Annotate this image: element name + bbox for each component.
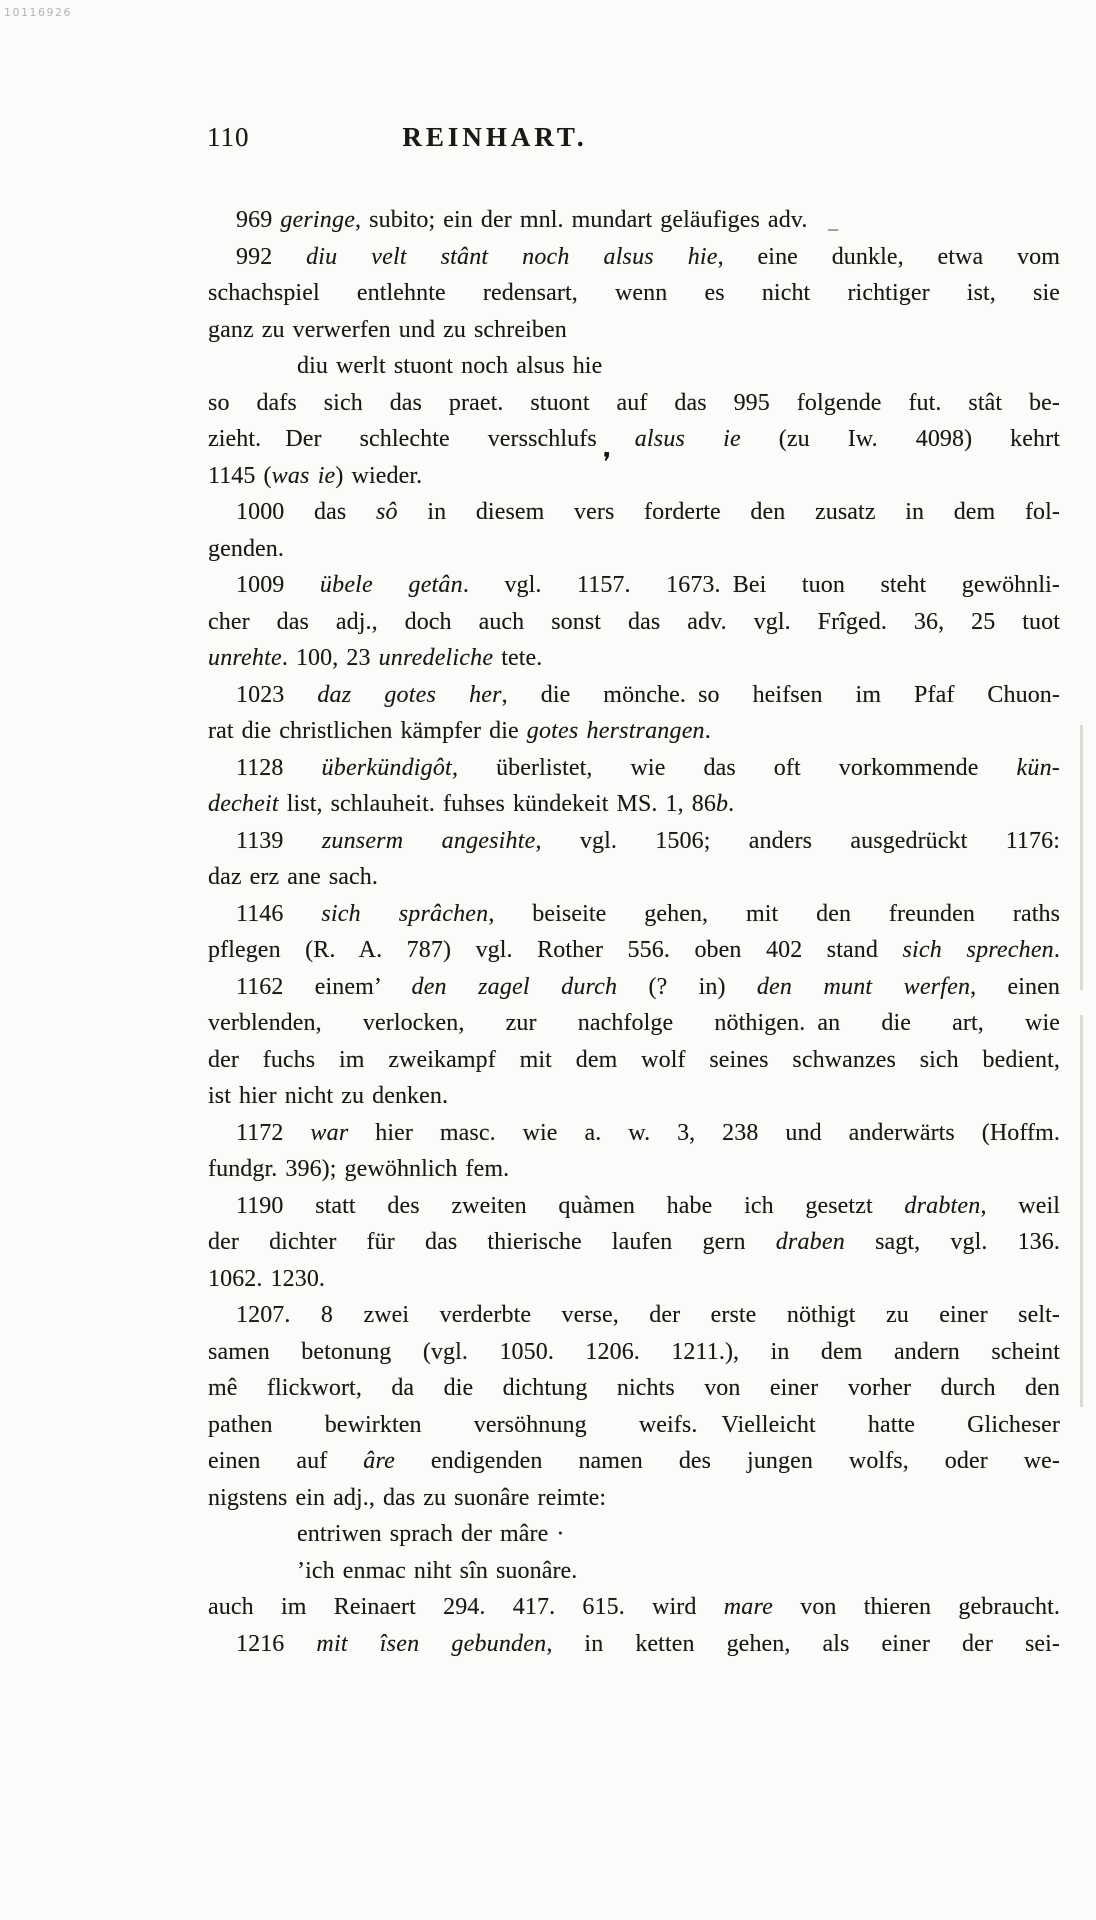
text-segment: .: [1054, 937, 1060, 963]
text-line: zieht. Der schlechte versschlufs alsus i…: [208, 421, 1060, 458]
text-segment: , einen: [970, 974, 1060, 1000]
text-line: unrehte. 100, 23 unredeliche tete.: [208, 640, 1060, 677]
italic-text-segment: überkündigôt: [322, 755, 452, 781]
text-line: ’ich enmac niht sîn suonâre.: [208, 1553, 1060, 1590]
text-line: decheit list, schlauheit. fuhses kündeke…: [208, 786, 1060, 823]
italic-text-segment: mare: [724, 1594, 773, 1620]
text-line: ganz zu verwerfen und zu schreiben: [208, 312, 1060, 349]
page-number: 110: [207, 122, 250, 153]
italic-text-segment: zunserm angesihte: [322, 828, 536, 854]
text-segment: endigenden namen des jungen wolfs, oder …: [395, 1448, 1060, 1474]
text-segment: , beiseite gehen, mit den freunden raths: [488, 901, 1060, 927]
text-segment: rat die christlichen kämpfer die: [208, 718, 527, 744]
text-segment: ganz zu verwerfen und zu schreiben: [208, 317, 567, 343]
text-segment: (zu Iw. 4098) kehrt: [741, 426, 1060, 452]
text-segment: 1062. 1230.: [208, 1266, 325, 1292]
text-segment: der fuchs im zweikampf mit dem wolf sein…: [208, 1047, 1060, 1073]
text-segment: 1146: [236, 901, 321, 927]
text-segment: cher das adj., doch auch sonst das adv. …: [208, 609, 1060, 635]
text-segment: 1000 das: [236, 499, 376, 525]
text-line: der fuchs im zweikampf mit dem wolf sein…: [208, 1042, 1060, 1079]
text-segment: daz erz ane sach.: [208, 864, 378, 890]
scan-line-artifact: [1080, 1015, 1083, 1407]
italic-text-segment: unrehte: [208, 645, 282, 671]
text-line: 1145 (was ie) wieder.: [208, 458, 1060, 495]
text-segment: hier masc. wie a. w. 3, 238 und anderwär…: [348, 1120, 1060, 1146]
text-segment: ) wieder.: [335, 463, 422, 489]
text-segment: , eine dunkle, etwa vom: [718, 244, 1060, 270]
text-line: 969 geringe, subito; ein der mnl. mundar…: [208, 202, 1060, 239]
text-line: 1190 statt des zweiten quàmen habe ich g…: [208, 1188, 1060, 1225]
italic-text-segment: b: [716, 791, 728, 817]
italic-text-segment: daz gotes her: [317, 682, 501, 708]
italic-text-segment: mit îsen gebunden: [316, 1631, 546, 1657]
text-line: fundgr. 396); gewöhnlich fem.: [208, 1151, 1060, 1188]
text-segment: pathen bewirkten versöhnung weifs. Viell…: [208, 1412, 1060, 1438]
text-line: ist hier nicht zu denken.: [208, 1078, 1060, 1115]
text-line: der dichter für das thierische laufen ge…: [208, 1224, 1060, 1261]
text-segment: , subito; ein der mnl. mundart geläufige…: [355, 207, 807, 233]
text-segment: 1145 (: [208, 463, 272, 489]
text-segment: 1009: [236, 572, 320, 598]
text-segment: 1139: [236, 828, 322, 854]
text-line: diu werlt stuont noch alsus hie: [208, 348, 1060, 385]
text-segment: zieht. Der schlechte versschlufs: [208, 426, 635, 452]
text-segment: mê flickwort, da die dichtung nichts von…: [208, 1375, 1060, 1401]
italic-text-segment: unredeliche: [379, 645, 494, 671]
text-line: 1139 zunserm angesihte, vgl. 1506; ander…: [208, 823, 1060, 860]
text-segment: nigstens ein adj., das zu suonâre reimte…: [208, 1485, 606, 1511]
italic-text-segment: decheit: [208, 791, 279, 817]
italic-text-segment: kün-: [1017, 755, 1060, 781]
text-segment: samen betonung (vgl. 1050. 1206. 1211.),…: [208, 1339, 1060, 1365]
text-segment: . vgl. 1157. 1673. Bei tuon steht gewöhn…: [463, 572, 1060, 598]
text-segment: entriwen sprach der mâre ·: [297, 1521, 564, 1547]
page-body: 969 geringe, subito; ein der mnl. mundar…: [208, 202, 1060, 1662]
text-line: nigstens ein adj., das zu suonâre reimte…: [208, 1480, 1060, 1517]
text-segment: , überlistet, wie das oft vorkommende: [452, 755, 1017, 781]
text-line: auch im Reinaert 294. 417. 615. wird mar…: [208, 1589, 1060, 1626]
text-segment: auch im Reinaert 294. 417. 615. wird: [208, 1594, 724, 1620]
italic-text-segment: alsus ie: [635, 426, 741, 452]
text-segment: . 100, 23: [282, 645, 379, 671]
italic-text-segment: sô: [376, 499, 398, 525]
italic-text-segment: draben: [776, 1229, 845, 1255]
text-segment: der dichter für das thierische laufen ge…: [208, 1229, 776, 1255]
italic-text-segment: sich sprechen: [902, 937, 1053, 963]
text-segment: genden.: [208, 536, 284, 562]
text-segment: verblenden, verlocken, zur nachfolge nöt…: [208, 1010, 1060, 1036]
text-segment: in diesem vers forderte den zusatz in de…: [398, 499, 1060, 525]
text-line: samen betonung (vgl. 1050. 1206. 1211.),…: [208, 1334, 1060, 1371]
text-line: einen auf âre endigenden namen des junge…: [208, 1443, 1060, 1480]
text-line: 992 diu velt stânt noch alsus hie, eine …: [208, 239, 1060, 276]
text-segment: 1190 statt des zweiten quàmen habe ich g…: [236, 1193, 904, 1219]
text-segment: , weil: [980, 1193, 1060, 1219]
text-line: 1216 mit îsen gebunden, in ketten gehen,…: [208, 1626, 1060, 1663]
italic-text-segment: was ie: [272, 463, 336, 489]
text-line: entriwen sprach der mâre ·: [208, 1516, 1060, 1553]
italic-text-segment: âre: [363, 1448, 395, 1474]
text-line: daz erz ane sach.: [208, 859, 1060, 896]
text-segment: 1216: [236, 1631, 316, 1657]
text-line: 1023 daz gotes her, die mönche. so heifs…: [208, 677, 1060, 714]
text-segment: einen auf: [208, 1448, 363, 1474]
text-segment: von thieren gebraucht.: [773, 1594, 1060, 1620]
text-segment: 1207. 8 zwei verderbte verse, der erste …: [236, 1302, 1060, 1328]
text-segment: , in ketten gehen, als einer der sei-: [546, 1631, 1060, 1657]
text-segment: 969: [236, 207, 280, 233]
text-segment: ist hier nicht zu denken.: [208, 1083, 448, 1109]
italic-text-segment: geringe: [280, 207, 355, 233]
italic-text-segment: diu velt stânt noch alsus hie: [306, 244, 718, 270]
text-segment: so dafs sich das praet. stuont auf das 9…: [208, 390, 1060, 416]
text-segment: schachspiel entlehnte redensart, wenn es…: [208, 280, 1060, 306]
page-title: REINHART.: [402, 122, 587, 153]
text-line: 1162 einem’ den zagel durch (? in) den m…: [208, 969, 1060, 1006]
text-segment: pflegen (R. A. 787) vgl. Rother 556. obe…: [208, 937, 902, 963]
scan-id-watermark: 10116926: [4, 6, 72, 19]
text-segment: sagt, vgl. 136.: [845, 1229, 1060, 1255]
text-line: 1207. 8 zwei verderbte verse, der erste …: [208, 1297, 1060, 1334]
text-line: 1009 übele getân. vgl. 1157. 1673. Bei t…: [208, 567, 1060, 604]
text-segment: (? in): [617, 974, 757, 1000]
italic-text-segment: den munt werfen: [757, 974, 970, 1000]
text-line: cher das adj., doch auch sonst das adv. …: [208, 604, 1060, 641]
text-line: genden.: [208, 531, 1060, 568]
text-line: rat die christlichen kämpfer die gotes h…: [208, 713, 1060, 750]
text-segment: 1023: [236, 682, 317, 708]
text-segment: 992: [236, 244, 306, 270]
text-line: pathen bewirkten versöhnung weifs. Viell…: [208, 1407, 1060, 1444]
italic-text-segment: war: [310, 1120, 348, 1146]
text-segment: .: [728, 791, 734, 817]
italic-text-segment: sich sprâchen: [321, 901, 488, 927]
text-line: schachspiel entlehnte redensart, wenn es…: [208, 275, 1060, 312]
text-line: verblenden, verlocken, zur nachfolge nöt…: [208, 1005, 1060, 1042]
scan-line-artifact: [1080, 725, 1083, 990]
text-line: 1128 überkündigôt, überlistet, wie das o…: [208, 750, 1060, 787]
text-line: pflegen (R. A. 787) vgl. Rother 556. obe…: [208, 932, 1060, 969]
italic-text-segment: drabten: [904, 1193, 980, 1219]
text-segment: 1162 einem’: [236, 974, 412, 1000]
text-line: mê flickwort, da die dichtung nichts von…: [208, 1370, 1060, 1407]
scanned-book-page: 10116926 110 REINHART. 969 geringe, subi…: [0, 0, 1096, 1920]
text-line: 1062. 1230.: [208, 1261, 1060, 1298]
text-segment: 1128: [236, 755, 322, 781]
text-segment: fundgr. 396); gewöhnlich fem.: [208, 1156, 509, 1182]
text-segment: , vgl. 1506; anders ausgedrückt 1176:: [535, 828, 1060, 854]
italic-text-segment: übele getân: [320, 572, 463, 598]
text-segment: diu werlt stuont noch alsus hie: [297, 353, 602, 379]
text-line: 1172 war hier masc. wie a. w. 3, 238 und…: [208, 1115, 1060, 1152]
text-segment: , die mönche. so heifsen im Pfaf Chuon-: [502, 682, 1060, 708]
text-segment: 1172: [236, 1120, 310, 1146]
text-segment: list, schlauheit. fuhses kündekeit MS. 1…: [279, 791, 716, 817]
text-line: 1000 das sô in diesem vers forderte den …: [208, 494, 1060, 531]
italic-text-segment: gotes herstrangen: [527, 718, 705, 744]
text-segment: .: [705, 718, 711, 744]
italic-text-segment: den zagel durch: [412, 974, 618, 1000]
text-line: so dafs sich das praet. stuont auf das 9…: [208, 385, 1060, 422]
text-segment: tete.: [493, 645, 542, 671]
text-line: 1146 sich sprâchen, beiseite gehen, mit …: [208, 896, 1060, 933]
text-segment: ’ich enmac niht sîn suonâre.: [297, 1558, 577, 1584]
stray-macron-artifact: ¯: [828, 228, 838, 251]
